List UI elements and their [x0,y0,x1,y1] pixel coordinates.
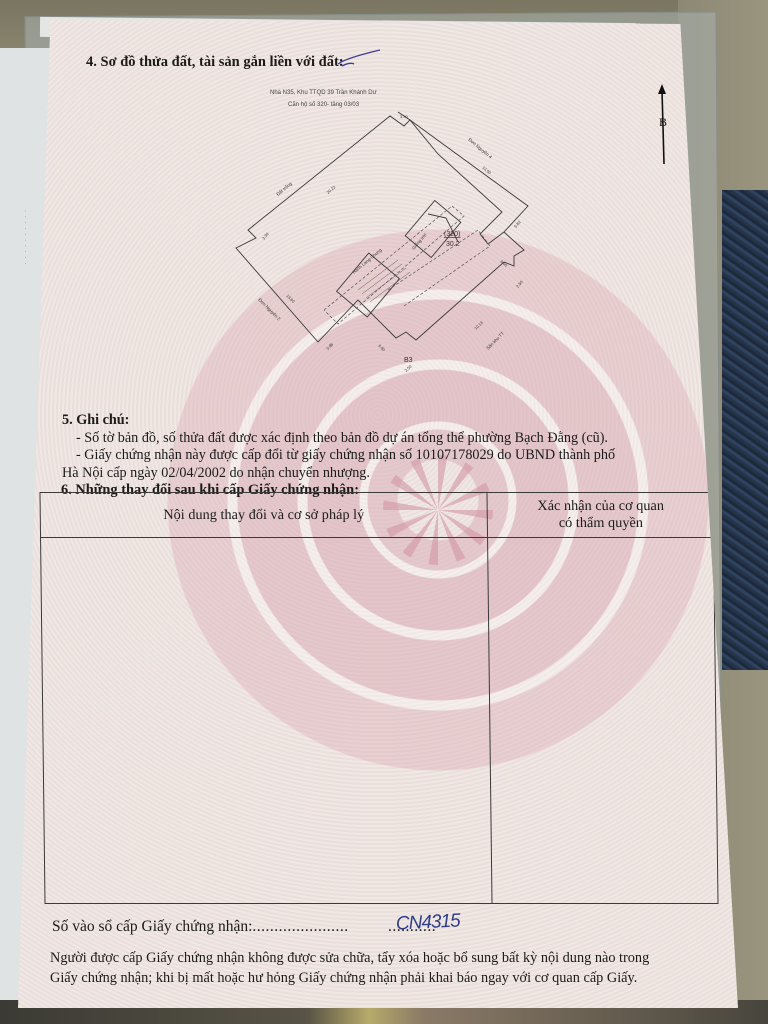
header-authority-line2: có thẩm quyền [559,515,643,532]
unit-number-label: (320) [444,231,460,238]
neighbor-label-south-east: Sân khu TT [485,331,505,351]
dim-3: 20.22 [325,184,336,195]
header-authority-line1: Xác nhận của cơ quan [537,498,664,515]
dim-8: 13.60 [285,293,296,304]
plan-header-address: Nhà N35, Khu TTQD 39 Trần Khánh Dư [270,90,377,96]
dim-7: 3.30 [261,231,270,241]
changes-left-column [40,493,492,903]
dim-11: 2.50 [403,363,413,372]
neighbor-label-south-west: Đơn Nguyên 2 [257,297,282,322]
header-change-content: Nội dung thay đổi và cơ sở pháp lý [40,493,487,537]
changes-table-header: Nội dung thay đổi và cơ sở pháp lý Xác n… [40,493,713,538]
dim-1: 3.30 [400,114,409,119]
certificate-page: 4. Sơ đồ thửa đất, tài sản gắn liền với … [18,20,738,1008]
floor-plan-diagram: (320) 30.2 B3 Đất trống Đơn Nguyên 4 Đơn… [228,110,548,400]
dim-9: 5.86 [325,341,335,351]
dim-5: 6.60 [499,259,509,268]
north-label: B [659,115,667,129]
section-4-title: 4. Sơ đồ thửa đất, tài sản gắn liền với … [86,54,344,71]
fabric-background [722,190,768,670]
header-authority-confirmation: Xác nhận của cơ quan có thẩm quyền [488,493,713,537]
note-item-2-continued: Hà Nội cấp ngày 02/04/2002 do nhận chuyể… [62,465,722,483]
certificate-warning: Người được cấp Giấy chứng nhận không đượ… [50,948,730,988]
block-label: B3 [404,357,413,364]
unit-area-label: 30.2 [446,241,460,248]
registry-label: Số vào sổ cấp Giấy chứng nhận: [52,918,252,935]
section-5-title: 5. Ghi chú: [62,412,722,430]
neighbor-label-north-east: Đơn Nguyên 4 [467,137,493,160]
dim-6: 2.50 [515,279,524,289]
plan-header-unit: Căn hộ số 320- tầng 03/03 [288,102,359,108]
warning-line-1: Người được cấp Giấy chứng nhận không đượ… [50,948,730,968]
neighbor-label-north-west: Đất trống [275,181,293,197]
changes-table: Nội dung thay đổi và cơ sở pháp lý Xác n… [39,492,718,904]
registry-handwritten-number: CN4315 [395,910,460,935]
note-item-1: - Số tờ bản đồ, số thửa đất được xác địn… [62,430,722,448]
dim-2: 13.60 [481,165,492,176]
section-5-notes: 5. Ghi chú: - Số tờ bản đồ, số thửa đất … [62,412,722,482]
note-item-2: - Giấy chứng nhận này được cấp đổi từ gi… [62,447,722,465]
signature-mark [336,48,382,68]
north-arrow-icon: B [654,84,674,164]
registry-dots-before: ...................... [252,918,348,935]
dim-12: 10.13 [473,320,484,331]
registry-number-line: Số vào sổ cấp Giấy chứng nhận:..........… [52,918,436,936]
warning-line-2: Giấy chứng nhận; khi bị mất hoặc hư hỏng… [50,968,730,988]
back-sheet-text: · · · · · · · · · · [14,210,28,410]
dim-10: 6.60 [377,343,387,353]
